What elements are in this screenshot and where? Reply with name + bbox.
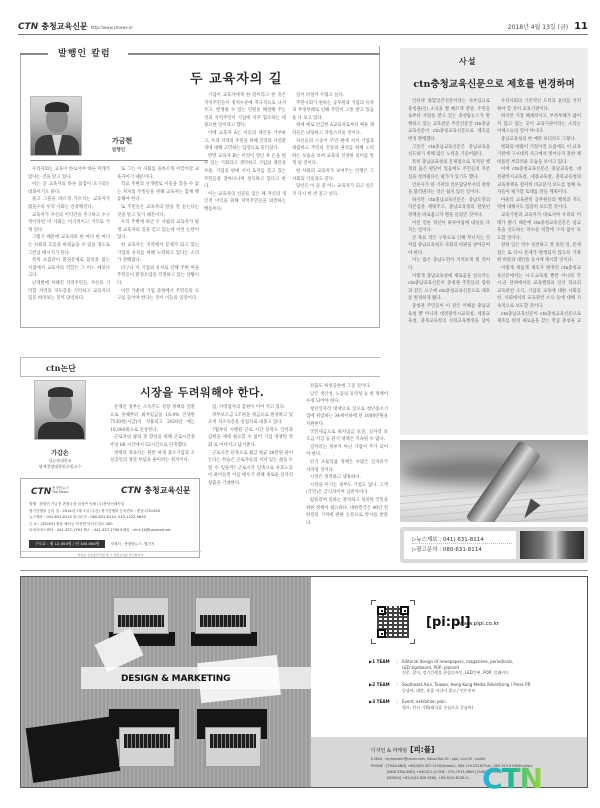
ad-inquiry-phone[interactable]: ▷광고문의 : 080-631-8114 [412, 545, 482, 553]
ad-contact-footer: 디자인 & 마케팅[피:플] E-MAIL : mykoreakr@naver.… [311, 737, 587, 787]
divider [128, 53, 380, 55]
opinion-author-photo [34, 380, 86, 440]
issue-date: 2018년 4월 13일 (금) [508, 22, 568, 31]
pen-writing-image [400, 440, 588, 522]
ctn-corner-logo: CTN [482, 762, 542, 795]
brand-name: 충청교육신문 [41, 21, 87, 32]
brand-url[interactable]: http://www.ctnews.kr [91, 25, 133, 30]
editorial-label: 사설 [459, 56, 476, 67]
editorial-headline: ctn충청교육신문으로 제호를 변경하며 [400, 76, 588, 90]
divider [30, 160, 208, 161]
team-1: ▶1 TEAM: Editorial design of newspapers,… [369, 659, 513, 676]
author-name: 가금현 [112, 136, 132, 146]
opinion-section-label: ctn논단 [46, 363, 76, 374]
opinion-body-col3: 잔출도 하성공론에 그칠 것이다.낮은 생산성, 노동의 유연성 등 한 정책이… [306, 383, 388, 558]
news-tip-phone[interactable]: ▷뉴스제보 : 041) 631-8114 [412, 535, 484, 543]
column-section-tab: 발행인 칼럼 [20, 46, 380, 60]
page-number: 11 [574, 21, 588, 32]
opinion-author-name: 가갑손 [20, 448, 100, 457]
team-3: ▶3 TEAM: Event, exhibition plan행사, 전시 기획… [369, 699, 473, 710]
ctn-small-logo: CTN [31, 487, 51, 497]
column-body-col2: 또 그는 이 사회를 올바르게 이끌어갈 교육자이기 때문이다.학교 주변의 난… [117, 166, 199, 324]
masthead-logo: CTN 충청교육신문 [121, 485, 191, 496]
sister-publications: 자매지 : 충청탑뉴스, 월간지 [110, 542, 154, 547]
ad-phone-line: [KOREA] +82(0)43-626-6260, +82(0)10-8138… [387, 776, 471, 780]
opinion-body-col1: 문재인 정부는 소득주도 성장 정책의 일환으로 올해부터 최저임금을 16.4… [110, 404, 195, 472]
pipl-website-link[interactable]: www.pipl.co.kr [459, 621, 499, 627]
editorial-body-col1-cont [408, 328, 490, 432]
column-headline: 두 교육자의 길 [190, 68, 282, 87]
divider [20, 55, 21, 328]
column-body-col4: 길이 비칠까 두렵고 싶다.주민사회가 원하는 공무원과 기업의 유착과 부정부… [292, 92, 374, 324]
ad-footer-title: 디자인 & 마케팅[피:플] [371, 744, 434, 755]
ctn-small-logo-sub: 충청탑뉴스 Top News [52, 486, 74, 494]
pipl-advertisement[interactable]: DESIGN & MARKETING [pi:pl] www.pipl.co.k… [20, 576, 588, 788]
masthead-footer: 본지는 신문윤리강령 및 그 실천요강을 준수합니다. [21, 551, 201, 557]
page-header: CTN 충청교육신문 http://www.ctnews.kr 2018년 4월… [18, 21, 588, 35]
divider [20, 53, 48, 55]
author-role: 발행인 [112, 147, 125, 153]
masthead-info: 발행 · 편집인 가금현 편집국장 임성연 인쇄 (주)충남인쇄산업 정기간행물… [29, 501, 199, 534]
publisher-column: 발행인 칼럼 두 교육자의 길 가금현 발행인 우리사회는 교육이 바로서야 바… [20, 46, 380, 328]
opinion-author-title: 명예경영대학원초빙교수 [20, 464, 100, 470]
opinion-headline: 시장을 두려워해야 한다. [140, 384, 264, 400]
subscription-row: 구독료 : 월 12,000원 / 년 100,000원 자매지 : 충청탑뉴스… [29, 540, 154, 548]
column-section-label: 발행인 칼럼 [58, 46, 111, 59]
contact-box: ▷뉴스제보 : 041) 631-8114 ▷광고문의 : 080-631-81… [400, 527, 588, 563]
divider [412, 543, 512, 544]
qr-code-icon[interactable] [371, 600, 415, 644]
opinion-section-tab: ctn논단 [20, 357, 380, 377]
divider [20, 570, 588, 571]
opinion-body-col2: 임, 자영업자의 감원이 이어 지고 있다.정부보조금 1조원을 세금으로 편성… [208, 404, 293, 558]
author-photo [30, 96, 82, 156]
contact-photo [520, 531, 584, 559]
ad-email-line[interactable]: E-MAIL : mykoreakr@naver.com, KakaoTalk … [371, 757, 486, 761]
column-body-col3: 기업이 교육자에게 한 말이라고 한 것은 지역주민들이 정치수준에 적극적으로… [204, 92, 286, 324]
date-and-page: 2018년 4월 13일 (금) 11 [508, 21, 588, 32]
brand-ctn-logo: CTN [18, 22, 38, 32]
design-marketing-banner: DESIGN & MARKETING [121, 674, 230, 684]
editorial-section: 사설 ctn충청교육신문으로 제호를 변경하며 인터넷 종합일간신문이라는 자부… [400, 48, 588, 325]
masthead-box: CTN 충청탑뉴스 Top News CTN 충청교육신문 발행 · 편집인 가… [20, 478, 200, 558]
subscription-price: 구독료 : 월 12,000원 / 년 100,000원 [29, 540, 105, 548]
team-2: ▶2 TEAM: Southeast Asia, Taiwan, Hong Ko… [369, 682, 530, 693]
newspaper-brand[interactable]: CTN 충청교육신문 http://www.ctnews.kr [18, 21, 133, 32]
column-body-col1: 우리사회는 교육이 바로서야 바른 미래가 있다는 것을 알고 있다.이는 곧 … [28, 166, 110, 324]
